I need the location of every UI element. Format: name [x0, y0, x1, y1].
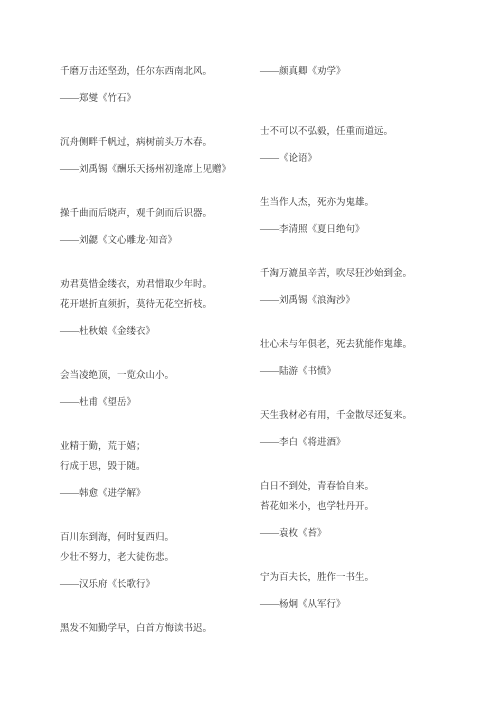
quote-line: 黑发不知勤学早，白首方悔读书迟。 — [60, 619, 255, 639]
quote-block: 劝君莫惜金缕衣，劝君惜取少年时。花开堪折直须折，莫待无花空折枝。——杜秋娘《金缕… — [60, 275, 255, 342]
attribution-line: ——韩愈《进学解》 — [60, 484, 255, 504]
attribution-line: ——袁枚《苔》 — [260, 524, 470, 544]
attribution-line: ——《论语》 — [260, 149, 470, 169]
quote-block: ——颜真卿《劝学》 — [260, 62, 470, 82]
quote-line: 千淘万漉虽辛苦，吹尽狂沙始到金。 — [260, 264, 470, 284]
document-page: 千磨万击还坚劲，任尔东西南北风。——郑燮《竹石》沉舟侧畔千帆过，病树前头万木春。… — [0, 0, 500, 707]
quote-block: 操千曲而后晓声，观千剑而后识器。——刘勰《文心雕龙·知音》 — [60, 204, 255, 251]
attribution-line: ——杜秋娘《金缕衣》 — [60, 322, 255, 342]
quote-line: 壮心未与年俱老，死去犹能作鬼雄。 — [260, 335, 470, 355]
quote-line: 花开堪折直须折，莫待无花空折枝。 — [60, 295, 255, 315]
attribution-line: ——李清照《夏日绝句》 — [260, 220, 470, 240]
quote-line: 百川东到海，何时复西归。 — [60, 528, 255, 548]
attribution-line: ——刘禹锡《浪淘沙》 — [260, 291, 470, 311]
quote-block: 业精于勤，荒于嬉；行成于思，毁于随。——韩愈《进学解》 — [60, 437, 255, 504]
quote-block: 会当凌绝顶，一览众山小。——杜甫《望岳》 — [60, 366, 255, 413]
quote-block: 宁为百夫长，胜作一书生。——杨炯《从军行》 — [260, 568, 470, 615]
quote-line: 操千曲而后晓声，观千剑而后识器。 — [60, 204, 255, 224]
quote-block: 生当作人杰，死亦为鬼雄。——李清照《夏日绝句》 — [260, 193, 470, 240]
quote-line: 少壮不努力，老大徒伤悲。 — [60, 548, 255, 568]
quote-block: 千淘万漉虽辛苦，吹尽狂沙始到金。——刘禹锡《浪淘沙》 — [260, 264, 470, 311]
quote-line: 士不可以不弘毅，任重而道远。 — [260, 122, 470, 142]
quote-line: 苔花如米小，也学牡丹开。 — [260, 497, 470, 517]
attribution-line: ——杨炯《从军行》 — [260, 595, 470, 615]
attribution-line: ——陆游《书愤》 — [260, 362, 470, 382]
text-column-left: 千磨万击还坚劲，任尔东西南北风。——郑燮《竹石》沉舟侧畔千帆过，病树前头万木春。… — [60, 62, 255, 663]
quote-line: 宁为百夫长，胜作一书生。 — [260, 568, 470, 588]
quote-block: 沉舟侧畔千帆过，病树前头万木春。——刘禹锡《酬乐天扬州初逢席上见赠》 — [60, 133, 255, 180]
attribution-line: ——汉乐府《长歌行》 — [60, 575, 255, 595]
text-column-right: ——颜真卿《劝学》士不可以不弘毅，任重而道远。——《论语》生当作人杰，死亦为鬼雄… — [260, 62, 470, 639]
attribution-line: ——颜真卿《劝学》 — [260, 62, 470, 82]
attribution-line: ——刘禹锡《酬乐天扬州初逢席上见赠》 — [60, 160, 255, 180]
quote-block: 士不可以不弘毅，任重而道远。——《论语》 — [260, 122, 470, 169]
quote-block: 天生我材必有用，千金散尽还复来。——李白《将进酒》 — [260, 406, 470, 453]
quote-block: 黑发不知勤学早，白首方悔读书迟。 — [60, 619, 255, 639]
quote-line: 沉舟侧畔千帆过，病树前头万木春。 — [60, 133, 255, 153]
quote-line: 劝君莫惜金缕衣，劝君惜取少年时。 — [60, 275, 255, 295]
quote-line: 行成于思，毁于随。 — [60, 457, 255, 477]
quote-line: 会当凌绝顶，一览众山小。 — [60, 366, 255, 386]
quote-line: 天生我材必有用，千金散尽还复来。 — [260, 406, 470, 426]
quote-line: 生当作人杰，死亦为鬼雄。 — [260, 193, 470, 213]
attribution-line: ——杜甫《望岳》 — [60, 393, 255, 413]
attribution-line: ——刘勰《文心雕龙·知音》 — [60, 231, 255, 251]
quote-line: 业精于勤，荒于嬉； — [60, 437, 255, 457]
quote-line: 千磨万击还坚劲，任尔东西南北风。 — [60, 62, 255, 82]
quote-block: 白日不到处，青春恰自来。苔花如米小，也学牡丹开。——袁枚《苔》 — [260, 477, 470, 544]
quote-line: 白日不到处，青春恰自来。 — [260, 477, 470, 497]
quote-block: 壮心未与年俱老，死去犹能作鬼雄。——陆游《书愤》 — [260, 335, 470, 382]
quote-block: 百川东到海，何时复西归。少壮不努力，老大徒伤悲。——汉乐府《长歌行》 — [60, 528, 255, 595]
attribution-line: ——郑燮《竹石》 — [60, 89, 255, 109]
quote-block: 千磨万击还坚劲，任尔东西南北风。——郑燮《竹石》 — [60, 62, 255, 109]
attribution-line: ——李白《将进酒》 — [260, 433, 470, 453]
